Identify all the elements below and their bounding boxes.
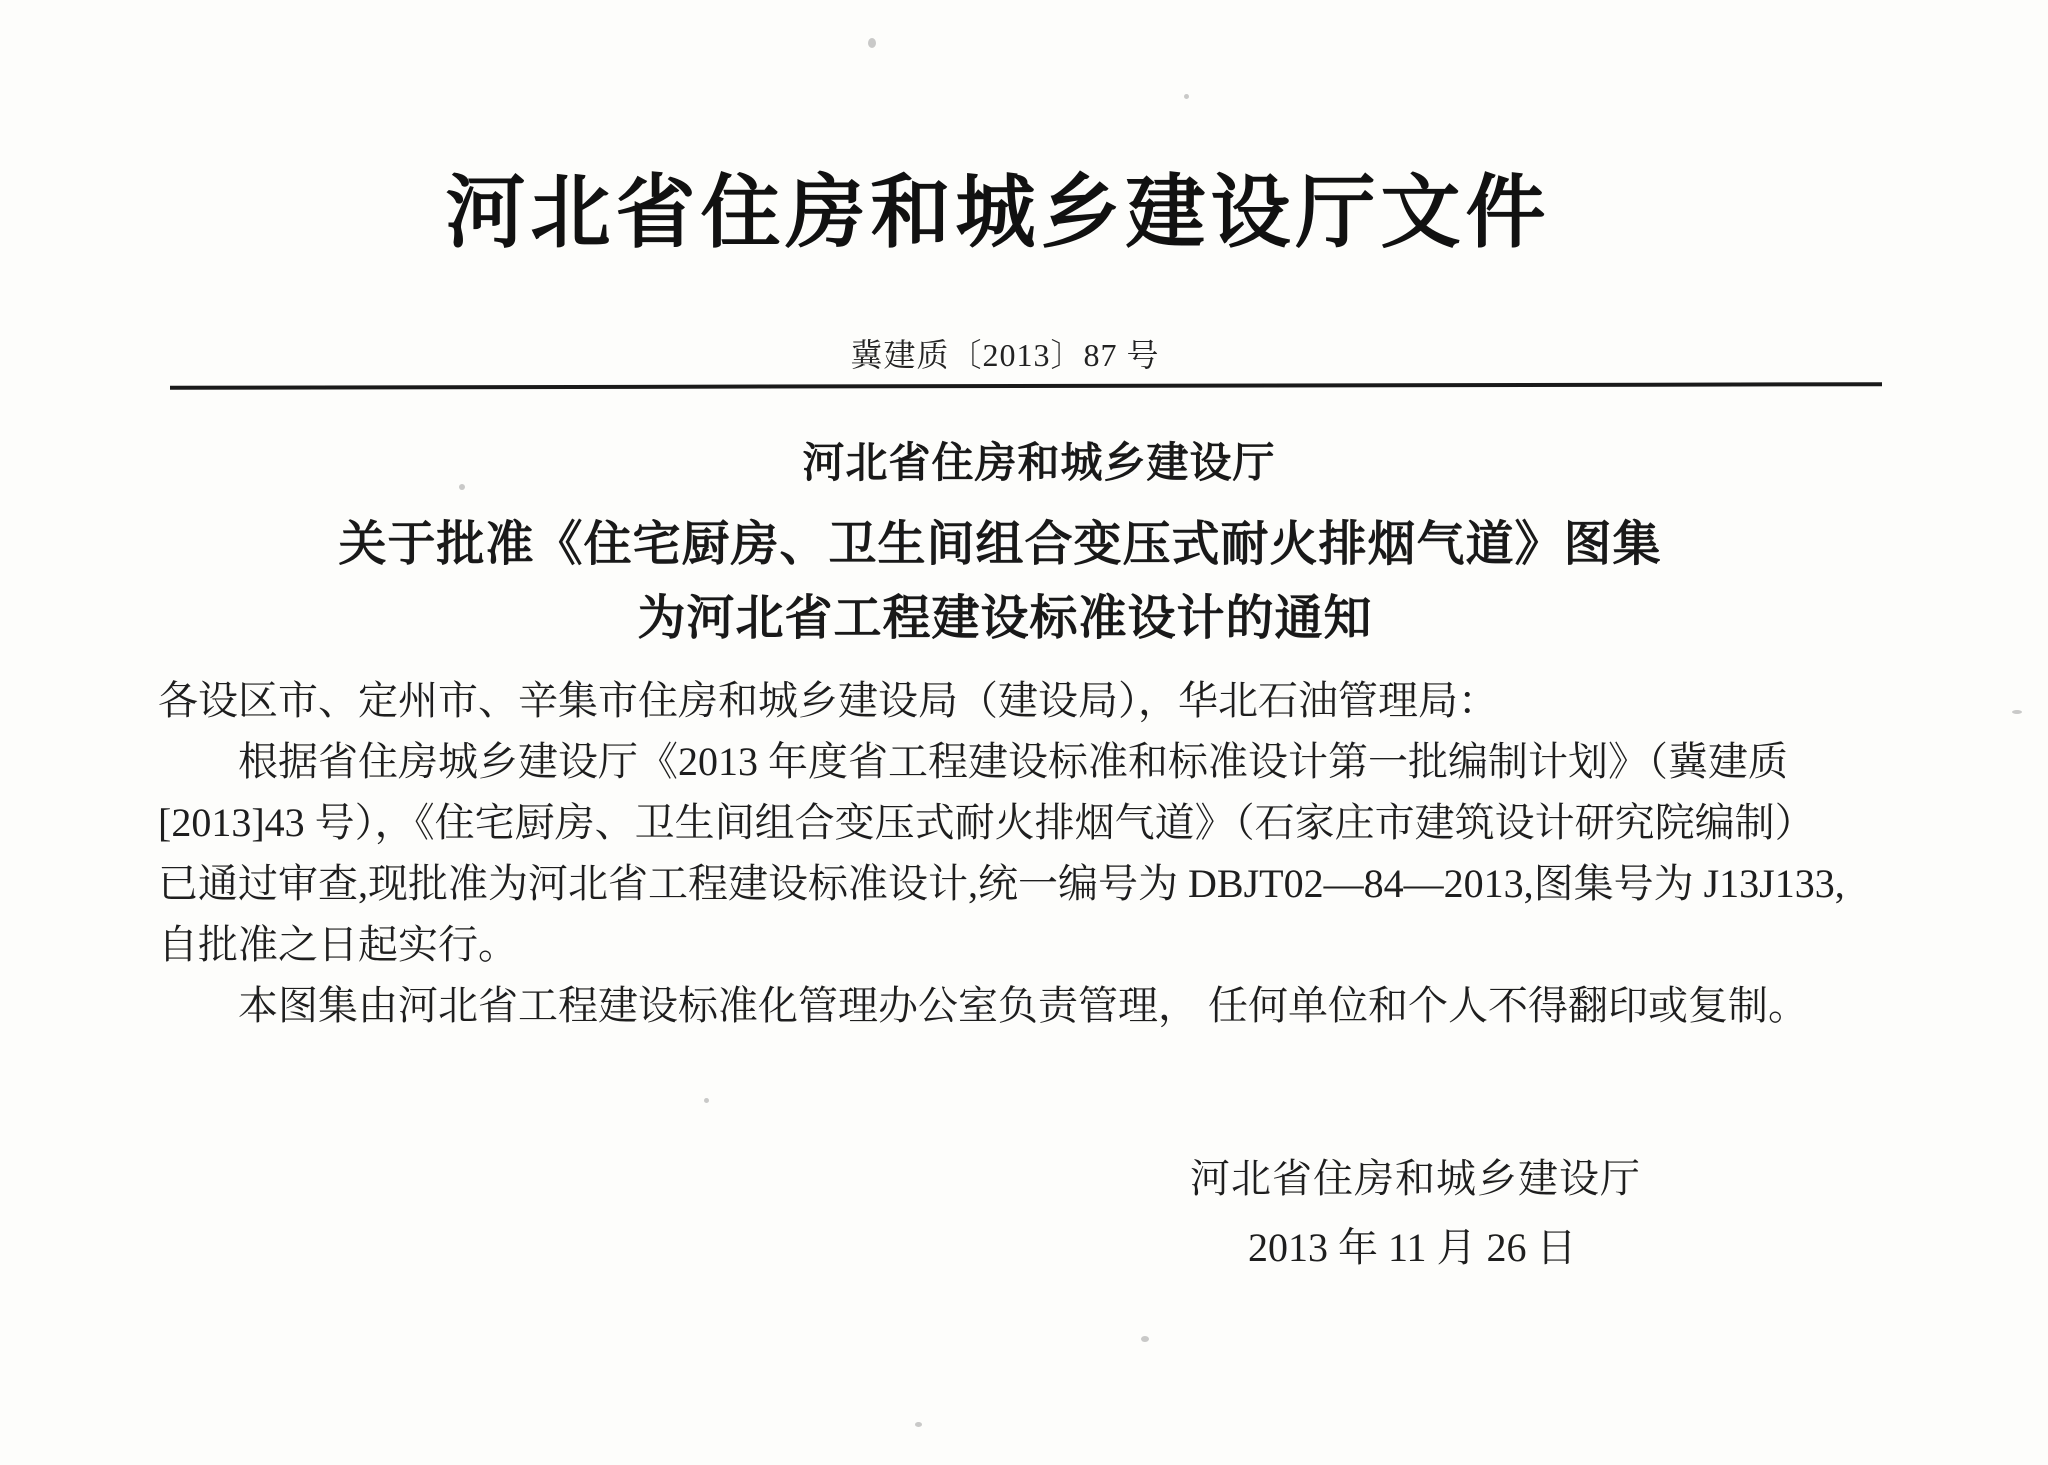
paragraph-1-line-3: 已通过审查,现批准为河北省工程建设标准设计,统一编号为 DBJT02—84—20… <box>158 853 1918 914</box>
scan-speckle <box>868 38 876 48</box>
scan-speckle <box>459 484 465 490</box>
document-number: 冀建质〔2013〕87 号 <box>0 330 2029 376</box>
paragraph-1-line-4: 自批准之日起实行。 <box>158 914 1918 975</box>
closing-date: 2013 年 11 月 26 日 <box>1248 1216 1577 1273</box>
closing-organization: 河北省住房和城乡建设厅 <box>1190 1147 1641 1204</box>
paragraph-1-line-1: 根据省住房城乡建设厅《2013 年度省工程建设标准和标准设计第一批编制计划》（冀… <box>158 731 1918 792</box>
paragraph-1-line-2: [2013]43 号），《住宅厨房、卫生间组合变压式耐火排烟气道》（石家庄市建筑… <box>158 792 1918 853</box>
scan-speckle <box>2012 710 2022 714</box>
scan-speckle <box>704 1098 709 1103</box>
notice-subject-line-1: 关于批准《住宅厨房、卫生间组合变压式耐火排烟气道》图集 <box>0 505 2024 574</box>
paragraph-2-line-1: 本图集由河北省工程建设标准化管理办公室负责管理， 任何单位和个人不得翻印或复制。 <box>158 975 1918 1036</box>
issuing-org-heading: 河北省住房和城乡建设厅 <box>15 430 2048 490</box>
scanned-document-page: 河北省住房和城乡建设厅文件 冀建质〔2013〕87 号 河北省住房和城乡建设厅 … <box>0 0 2048 1465</box>
document-masthead-title: 河北省住房和城乡建设厅文件 <box>0 148 2022 263</box>
notice-body: 各设区市、定州市、辛集市住房和城乡建设局（建设局），华北石油管理局： 根据省住房… <box>158 670 1918 1036</box>
notice-subject-line-2: 为河北省工程建设标准设计的通知 <box>0 579 2029 648</box>
scan-speckle <box>1184 94 1189 99</box>
salutation-line: 各设区市、定州市、辛集市住房和城乡建设局（建设局），华北石油管理局： <box>158 670 1918 731</box>
masthead-separator-line <box>170 382 1882 390</box>
scan-speckle <box>1141 1336 1149 1342</box>
scan-speckle <box>915 1422 922 1427</box>
